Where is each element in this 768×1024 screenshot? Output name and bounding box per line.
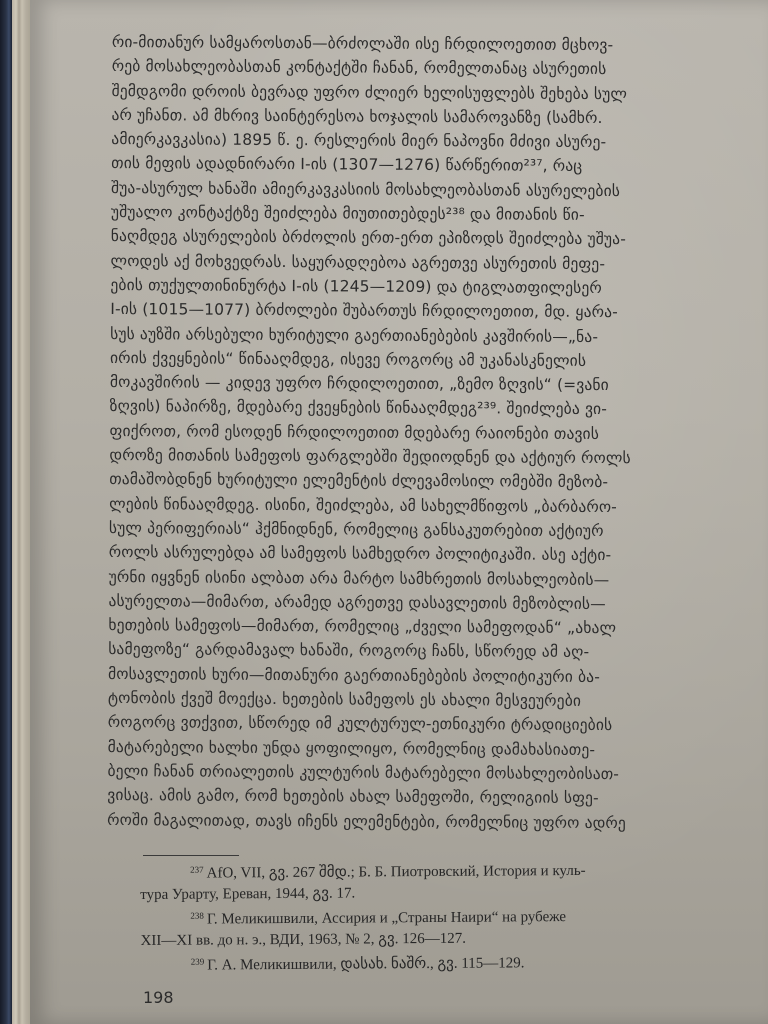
text-line: როლს ასრულებდა ამ სამეფოს სამხედრო პოლიტ… — [109, 540, 749, 568]
text-line: როში მაგალითად, თავს იჩენს ელემენტები, რ… — [107, 807, 747, 835]
footnote-text: AfO, VII, გვ. 267 შმდ.; Б. Б. Пиотровски… — [207, 863, 586, 882]
text-line: თამაშობდნენ ხურიტული ელემენტის ძლევამოსი… — [109, 467, 749, 495]
footnotes: 237AfO, VII, გვ. 267 შმდ.; Б. Б. Пиотров… — [140, 856, 761, 977]
text-line: თის მეფის ადადნირარი I-ის (1307—1276) წა… — [111, 151, 751, 179]
text-line: სუს აუზში არსებული ხურიტული გაერთიანებებ… — [110, 322, 750, 350]
footnote-divider — [143, 855, 239, 856]
footnote-number: 238 — [190, 911, 204, 921]
footnote-text: Г. Меликишвили, Ассирия и „Страны Наири“… — [207, 909, 566, 928]
page-number: 198 — [143, 988, 174, 1007]
text-line: I-ის (1015—1077) ბრძოლები შუბართუს ჩრდილ… — [110, 297, 750, 325]
text-line: ზღვის) ნაპირზე, მდებარე ქვეყნების წინააღ… — [110, 394, 750, 422]
footnote-239: 239Г. А. Меликишвили, დასახ. ნაშრ., გვ. … — [141, 948, 761, 977]
text-line: რებ მოსახლეობასთან კონტაქტში ჩანან, რომე… — [112, 54, 752, 82]
text-line: ურნი იყვნენ ისინი ალბათ არა მარტო სამხრე… — [109, 565, 749, 593]
text-line: შემდგომი დროის ბევრად უფრო ძლიერ ხელისუფ… — [112, 79, 752, 107]
footnote-number: 239 — [191, 957, 205, 967]
text-line: ვისაც. ამის გამო, რომ ხეთების ახალ სამეფ… — [107, 783, 747, 811]
page-edges — [12, 0, 32, 1024]
footnote-number: 237 — [190, 865, 204, 875]
book-photo: რი-მითანურ სამყაროსთან—ბრძოლაში ისე ჩრდი… — [0, 0, 768, 1024]
footnote-text: Г. А. Меликишвили, დასახ. ნაშრ., გვ. 115… — [207, 955, 524, 973]
text-line: სამეფოზე“ გარდამავალ ხანაში, როგორც ჩანს… — [108, 637, 748, 665]
body-text: რი-მითანურ სამყაროსთან—ბრძოლაში ისე ჩრდი… — [107, 30, 752, 836]
text-line: ნაღმდეგ ასურელების ბრძოლის ერთ-ერთ ეპიზო… — [111, 224, 751, 252]
text-line: როგორც ვთქვით, სწორედ იმ კულტურულ-ეთნიკუ… — [108, 710, 748, 738]
